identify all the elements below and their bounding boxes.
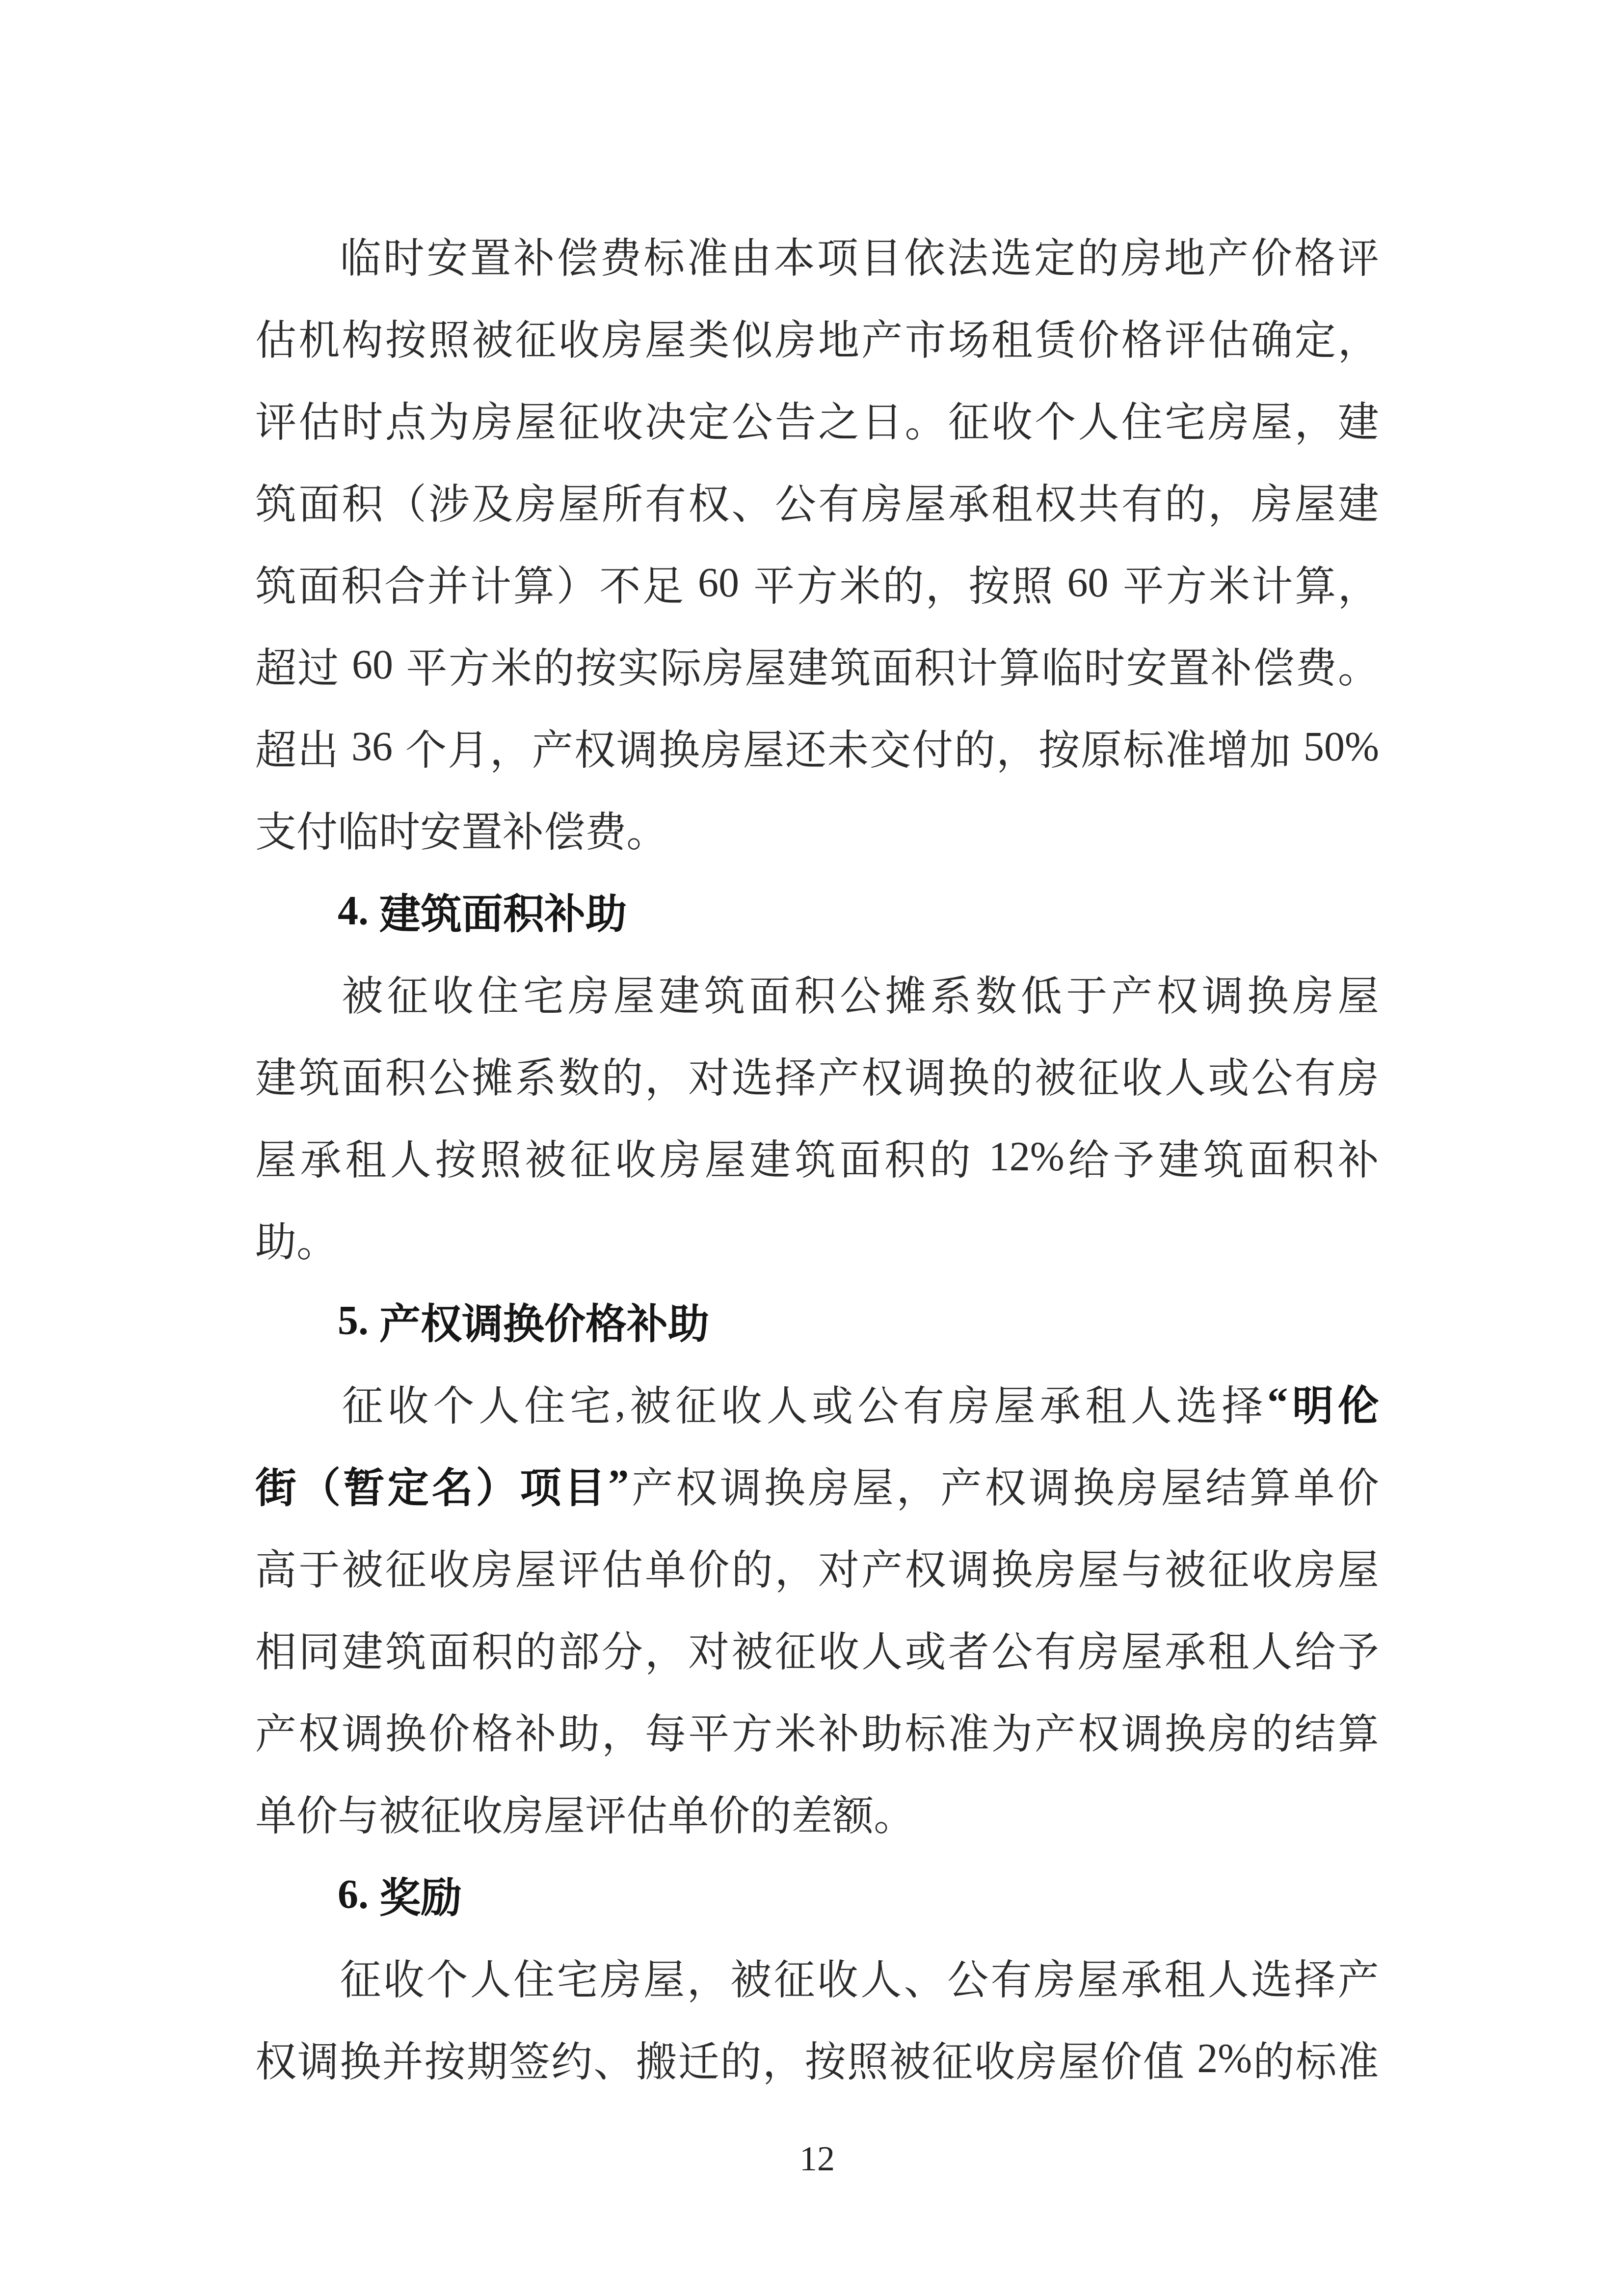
glyph: 市 xyxy=(905,307,946,367)
glyph: ， xyxy=(1295,389,1336,449)
glyph: 屋 xyxy=(255,1127,296,1187)
glyph: 的 xyxy=(1165,471,1206,531)
glyph: 者 xyxy=(948,1619,989,1678)
glyph: 房 xyxy=(861,471,903,531)
glyph: 或 xyxy=(812,1373,853,1432)
glyph: 方 xyxy=(732,1701,773,1760)
glyph: 公 xyxy=(991,1619,1033,1678)
glyph: 价 xyxy=(1251,225,1292,285)
glyph: 面 xyxy=(298,471,340,531)
glyph: 单 xyxy=(645,1537,686,1596)
numeral: 36 xyxy=(351,723,393,771)
glyph: ， xyxy=(897,1455,938,1514)
glyph: 予 xyxy=(1113,1127,1154,1187)
heading-line: 6.奖励 xyxy=(255,1854,1379,1936)
glyph: 权 xyxy=(298,1701,340,1760)
glyph: 换 xyxy=(948,1045,989,1105)
glyph: 时 xyxy=(383,225,425,285)
glyph: 筑 xyxy=(829,635,871,695)
glyph: 面 xyxy=(462,881,503,941)
numeral: 60 xyxy=(352,641,393,689)
glyph: 屋 xyxy=(705,1127,746,1187)
glyph: 依 xyxy=(904,225,945,285)
glyph: （ xyxy=(299,1455,341,1514)
glyph: 。 xyxy=(626,799,667,859)
glyph: 费 xyxy=(1296,635,1337,695)
glyph: 建 xyxy=(787,635,828,695)
glyph: 的 xyxy=(991,1045,1033,1105)
glyph: 付 xyxy=(912,717,953,777)
glyph: 、 xyxy=(732,471,773,531)
glyph: 单 xyxy=(255,1783,296,1842)
glyph: 积 xyxy=(914,635,956,695)
glyph: 估 xyxy=(626,1783,667,1842)
glyph: 系 xyxy=(515,1045,556,1105)
glyph: 权 xyxy=(688,471,729,531)
glyph: 的 xyxy=(750,1783,791,1842)
glyph: 被 xyxy=(342,1537,383,1596)
glyph: 定 xyxy=(688,389,729,449)
glyph: 评 xyxy=(255,389,296,449)
glyph: 租 xyxy=(991,471,1033,531)
glyph: 助 xyxy=(255,1209,296,1269)
glyph: 所 xyxy=(602,471,643,531)
glyph: 照 xyxy=(428,307,470,367)
glyph: 征 xyxy=(387,963,428,1023)
glyph: 收 xyxy=(432,963,474,1023)
glyph: 标 xyxy=(1123,717,1164,777)
glyph: 征 xyxy=(775,1619,816,1678)
glyph: 助 xyxy=(861,1701,903,1760)
glyph: 机 xyxy=(298,307,340,367)
glyph: 权 xyxy=(1078,1701,1119,1760)
glyph: 时 xyxy=(1084,635,1125,695)
glyph: 相 xyxy=(255,1619,296,1678)
glyph: 支 xyxy=(255,799,296,859)
glyph: 、 xyxy=(904,1947,945,2006)
glyph: 筑 xyxy=(704,963,745,1023)
glyph: 标 xyxy=(905,1701,946,1760)
glyph: 屋 xyxy=(645,307,686,367)
glyph: 屋 xyxy=(515,1537,556,1596)
glyph: 房 xyxy=(808,1455,850,1514)
glyph: 建 xyxy=(342,1619,383,1678)
glyph: 照 xyxy=(847,2029,888,2088)
glyph: 及 xyxy=(472,471,513,531)
text-line: 助。 xyxy=(255,1198,1379,1280)
glyph: 公 xyxy=(732,389,773,449)
glyph: 人 xyxy=(860,1947,902,2006)
glyph: 价 xyxy=(688,1537,729,1596)
glyph: 租 xyxy=(345,1127,386,1187)
glyph: 调 xyxy=(720,1455,761,1514)
glyph: 价 xyxy=(428,1701,470,1760)
glyph: 屋 xyxy=(559,471,600,531)
glyph: 补 xyxy=(627,1291,668,1351)
glyph: 房 xyxy=(600,1947,641,2006)
glyph: 面 xyxy=(342,1045,383,1105)
heading-line: 4.建筑面积补助 xyxy=(255,870,1379,952)
glyph: “ xyxy=(1267,1379,1288,1427)
glyph: 原 xyxy=(1081,717,1122,777)
glyph: 超 xyxy=(255,717,296,777)
glyph: 调 xyxy=(297,2029,339,2088)
glyph: 数 xyxy=(976,963,1017,1023)
glyph: 权 xyxy=(421,1291,462,1351)
glyph: 被 xyxy=(1035,1045,1076,1105)
glyph: 为 xyxy=(991,1701,1033,1760)
text-line: 评估时点为房屋征收决定公告之日。征收个人住宅房屋，建 xyxy=(255,378,1379,460)
glyph: 被 xyxy=(472,307,513,367)
glyph: 有 xyxy=(1121,471,1163,531)
glyph: 被 xyxy=(379,1783,420,1842)
glyph: 筑 xyxy=(255,471,296,531)
glyph: 结 xyxy=(1295,1701,1336,1760)
glyph: 价 xyxy=(296,1783,338,1842)
text-line: 街（暂定名）项目”产权调换房屋，产权调换房屋结算单价 xyxy=(255,1444,1379,1526)
glyph: 照 xyxy=(480,1127,521,1187)
glyph: 宅 xyxy=(1165,389,1206,449)
glyph: 筑 xyxy=(255,553,296,613)
glyph: 的 xyxy=(1077,225,1118,285)
glyph: , xyxy=(615,1379,625,1427)
glyph: 实 xyxy=(618,635,659,695)
glyph: 承 xyxy=(948,471,989,531)
glyph: 励 xyxy=(421,1865,462,1924)
glyph: 建 xyxy=(1158,1127,1199,1187)
glyph: 约 xyxy=(551,2029,592,2088)
glyph: 积 xyxy=(884,1127,926,1187)
glyph: 于 xyxy=(298,1537,340,1596)
glyph: 标 xyxy=(1295,2029,1336,2088)
glyph: 面 xyxy=(840,1127,881,1187)
glyph: 每 xyxy=(645,1701,686,1760)
glyph: 补 xyxy=(544,881,585,941)
glyph: 择 xyxy=(1222,1373,1263,1432)
glyph: 公 xyxy=(840,963,881,1023)
glyph: 额 xyxy=(832,1783,874,1842)
glyph: 产 xyxy=(379,1291,421,1351)
glyph: 有 xyxy=(818,471,859,531)
glyph: 补 xyxy=(503,799,544,859)
glyph: 值 xyxy=(1143,2029,1184,2088)
glyph: 对 xyxy=(688,1619,729,1678)
glyph: 产 xyxy=(1035,1701,1076,1760)
glyph: 差 xyxy=(791,1783,832,1842)
glyph: 对 xyxy=(818,1537,859,1596)
glyph: 的 xyxy=(1253,2029,1294,2088)
glyph: ） xyxy=(556,553,597,613)
glyph: 过 xyxy=(297,635,339,695)
glyph: 权 xyxy=(574,717,615,777)
glyph: 评 xyxy=(559,1537,600,1596)
glyph: 收 xyxy=(817,1947,858,2006)
glyph: 征 xyxy=(515,307,556,367)
glyph: 建 xyxy=(1338,471,1379,531)
glyph: 建 xyxy=(749,1127,791,1187)
glyph: 选 xyxy=(1176,1373,1218,1432)
glyph: 与 xyxy=(1121,1537,1163,1596)
glyph: 积 xyxy=(1293,1127,1334,1187)
glyph: 租 xyxy=(991,307,1033,367)
glyph: 收 xyxy=(974,2029,1015,2088)
glyph: 的 xyxy=(720,2029,762,2088)
glyph: 米 xyxy=(840,553,881,613)
glyph: 换 xyxy=(385,1701,426,1760)
glyph: 换 xyxy=(764,1455,805,1514)
glyph: 房 xyxy=(1292,963,1333,1023)
glyph: 征 xyxy=(1078,1045,1119,1105)
glyph: ， xyxy=(490,717,531,777)
glyph: 收 xyxy=(1251,1537,1292,1596)
glyph: 房 xyxy=(1016,2029,1058,2088)
glyph: 房 xyxy=(701,717,742,777)
glyph: 安 xyxy=(426,225,468,285)
glyph: 宅 xyxy=(523,963,564,1023)
text-line: 被征收住宅房屋建筑面积公摊系数低于产权调换房屋 xyxy=(255,952,1379,1034)
glyph: ， xyxy=(926,553,967,613)
page-number: 12 xyxy=(255,2138,1379,2179)
glyph: 房 xyxy=(1295,1537,1336,1596)
glyph: 收 xyxy=(615,1127,656,1187)
glyph: 人 xyxy=(861,1619,903,1678)
glyph: 被 xyxy=(525,1127,566,1187)
glyph: 还 xyxy=(785,717,826,777)
text-line: 建筑面积公摊系数的，对选择产权调换的被征收人或公有房 xyxy=(255,1034,1379,1116)
text-line: 筑面积合并计算）不足60平方米的，按照60平方米计算， xyxy=(255,542,1379,624)
glyph: 住 xyxy=(524,1373,565,1432)
glyph: 价 xyxy=(709,1783,750,1842)
glyph: 计 xyxy=(957,635,998,695)
glyph: 权 xyxy=(255,2029,296,2088)
glyph: 月 xyxy=(448,717,489,777)
glyph: 房 xyxy=(1251,471,1292,531)
glyph: 助 xyxy=(668,1291,709,1351)
glyph: 不 xyxy=(599,553,640,613)
glyph: ， xyxy=(645,1619,686,1678)
glyph: 公 xyxy=(857,1373,899,1432)
glyph: 格 xyxy=(472,1701,513,1760)
numeral: 50% xyxy=(1304,723,1379,771)
glyph: 权 xyxy=(1035,471,1076,531)
glyph: 房 xyxy=(775,307,816,367)
glyph: 调 xyxy=(1029,1455,1070,1514)
text-line: 筑面积（涉及房屋所有权、公有房屋承租权共有的，房屋建 xyxy=(255,460,1379,542)
glyph: 算 xyxy=(1250,1455,1291,1514)
glyph: 有 xyxy=(645,471,686,531)
glyph: 评 xyxy=(1338,225,1379,285)
glyph: 调 xyxy=(948,1537,989,1596)
text-line: 超出36个月，产权调换房屋还未交付的，按原标准增加50% xyxy=(255,706,1379,788)
glyph: 方 xyxy=(1166,553,1207,613)
glyph: 分 xyxy=(602,1619,643,1678)
glyph: 被 xyxy=(1165,1537,1206,1596)
glyph: ” xyxy=(608,1461,629,1509)
glyph: 人 xyxy=(1208,1947,1249,2006)
glyph: 按 xyxy=(805,2029,846,2088)
glyph: 平 xyxy=(753,553,795,613)
glyph: 权 xyxy=(905,1537,946,1596)
glyph: 于 xyxy=(1066,963,1107,1023)
numeral: 60 xyxy=(1067,559,1108,607)
glyph: 期 xyxy=(467,2029,508,2088)
glyph: 格 xyxy=(1121,307,1163,367)
numeral: 4. xyxy=(338,887,369,935)
glyph: 个 xyxy=(433,1373,474,1432)
glyph: 予 xyxy=(1338,1619,1379,1678)
glyph: 部 xyxy=(559,1619,600,1678)
glyph: 准 xyxy=(948,1701,989,1760)
glyph: 筑 xyxy=(298,1045,340,1105)
glyph: 面 xyxy=(428,1619,470,1678)
glyph: 人 xyxy=(767,1373,808,1432)
glyph: ， xyxy=(602,1701,643,1760)
glyph: 助 xyxy=(585,881,627,941)
glyph: 承 xyxy=(300,1127,342,1187)
glyph: 换 xyxy=(340,2029,381,2088)
glyph: 人 xyxy=(470,1947,511,2006)
glyph: 出 xyxy=(297,717,339,777)
glyph: 个 xyxy=(405,717,447,777)
text-line: 支付临时安置补偿费。 xyxy=(255,788,1379,870)
glyph: 选 xyxy=(990,225,1032,285)
glyph: 定 xyxy=(1034,225,1075,285)
glyph: 伦 xyxy=(1338,1373,1379,1432)
glyph: 置 xyxy=(1169,635,1210,695)
glyph: 。 xyxy=(874,1783,915,1842)
glyph: 搬 xyxy=(636,2029,677,2088)
glyph: 屋 xyxy=(743,717,784,777)
glyph: 未 xyxy=(827,717,869,777)
glyph: ， xyxy=(687,1947,728,2006)
glyph: 的 xyxy=(602,1045,643,1105)
glyph: ， xyxy=(1338,553,1379,613)
glyph: 补 xyxy=(515,1701,556,1760)
glyph: 屋 xyxy=(515,389,556,449)
glyph: 与 xyxy=(338,1783,379,1842)
glyph: 产 xyxy=(1338,1947,1379,2006)
glyph: 住 xyxy=(513,1947,555,2006)
glyph: 人 xyxy=(479,1373,520,1432)
glyph: 系 xyxy=(930,963,971,1023)
glyph: 收 xyxy=(383,1947,425,2006)
glyph: 换 xyxy=(991,1537,1033,1596)
glyph: 的 xyxy=(882,553,924,613)
glyph: 屋 xyxy=(1295,471,1336,531)
glyph: 人 xyxy=(1251,1619,1292,1678)
glyph: 交 xyxy=(870,717,911,777)
glyph: 收 xyxy=(428,1537,470,1596)
glyph: 人 xyxy=(390,1127,431,1187)
glyph: 米 xyxy=(491,635,532,695)
glyph: 按 xyxy=(425,2029,466,2088)
glyph: 签 xyxy=(509,2029,550,2088)
glyph: 屋 xyxy=(1078,1537,1119,1596)
glyph: 征 xyxy=(570,1127,611,1187)
glyph: 屋 xyxy=(1338,1537,1379,1596)
glyph: 调 xyxy=(1202,963,1243,1023)
glyph: 换 xyxy=(1247,963,1288,1023)
glyph: 平 xyxy=(688,1701,729,1760)
glyph: 换 xyxy=(659,717,700,777)
glyph: 人 xyxy=(1131,1373,1172,1432)
glyph: 产 xyxy=(255,1701,296,1760)
glyph: 筑 xyxy=(385,1619,426,1678)
glyph: 收 xyxy=(991,389,1033,449)
text-line: 征收个人住宅房屋，被征收人、公有房屋承租人选择产 xyxy=(255,1936,1379,2018)
glyph: 房 xyxy=(602,307,643,367)
glyph: 收 xyxy=(602,389,643,449)
glyph: 格 xyxy=(1294,225,1335,285)
glyph: ， xyxy=(763,2029,804,2088)
glyph: 并 xyxy=(382,2029,423,2088)
glyph: 面 xyxy=(1248,1127,1289,1187)
glyph: 屋 xyxy=(544,1783,585,1842)
glyph: 米 xyxy=(775,1701,816,1760)
glyph: ， xyxy=(775,1537,816,1596)
glyph: 算 xyxy=(513,553,555,613)
glyph: ） xyxy=(476,1455,517,1514)
glyph: 有 xyxy=(990,1947,1032,2006)
glyph: ， xyxy=(1338,307,1379,367)
glyph: 补 xyxy=(1338,1127,1379,1187)
glyph: 宅 xyxy=(570,1373,611,1432)
glyph: 的 xyxy=(1251,1701,1292,1760)
glyph: 承 xyxy=(1165,1619,1206,1678)
glyph: 产 xyxy=(1111,963,1152,1023)
glyph: 价 xyxy=(1338,1455,1379,1514)
glyph: 屋 xyxy=(1121,1619,1163,1678)
glyph: 宅 xyxy=(557,1947,598,2006)
glyph: 调 xyxy=(616,717,658,777)
glyph: 收 xyxy=(559,307,600,367)
glyph: 按 xyxy=(576,635,617,695)
glyph: 助 xyxy=(559,1701,600,1760)
glyph: 算 xyxy=(1295,553,1336,613)
glyph: 估 xyxy=(298,389,340,449)
glyph: 计 xyxy=(1252,553,1293,613)
glyph: 建 xyxy=(255,1045,296,1105)
glyph: 平 xyxy=(1123,553,1164,613)
glyph: 租 xyxy=(1085,1373,1126,1432)
glyph: 算 xyxy=(1338,1701,1379,1760)
glyph: 调 xyxy=(905,1045,946,1105)
glyph: 场 xyxy=(948,307,989,367)
glyph: 置 xyxy=(461,799,503,859)
glyph: 征 xyxy=(385,1537,426,1596)
glyph: 屋 xyxy=(643,1947,685,2006)
glyph: 照 xyxy=(1011,553,1053,613)
glyph: 置 xyxy=(470,225,511,285)
glyph: 格 xyxy=(585,1291,627,1351)
glyph: 屋 xyxy=(745,635,786,695)
glyph: 或 xyxy=(1208,1045,1249,1105)
glyph: 法 xyxy=(947,225,988,285)
glyph: 调 xyxy=(342,1701,383,1760)
glyph: 屋 xyxy=(905,471,946,531)
glyph: 产 xyxy=(861,1537,903,1596)
glyph: 权 xyxy=(861,1045,903,1105)
glyph: 权 xyxy=(1157,963,1198,1023)
glyph: 之 xyxy=(818,389,859,449)
glyph: 类 xyxy=(688,307,729,367)
document-page: 临时安置补偿费标准由本项目依法选定的房地产价格评估机构按照被征收房屋类似房地产市… xyxy=(0,0,1623,2296)
text-line: 权调换并按期签约、搬迁的，按照被征收房屋价值2%的标准 xyxy=(255,2018,1379,2100)
glyph: 积 xyxy=(342,471,383,531)
glyph: 权 xyxy=(676,1455,717,1514)
text-block: 临时安置补偿费标准由本项目依法选定的房地产价格评估机构按照被征收房屋类似房地产市… xyxy=(255,214,1379,2100)
glyph: 有 xyxy=(903,1373,944,1432)
